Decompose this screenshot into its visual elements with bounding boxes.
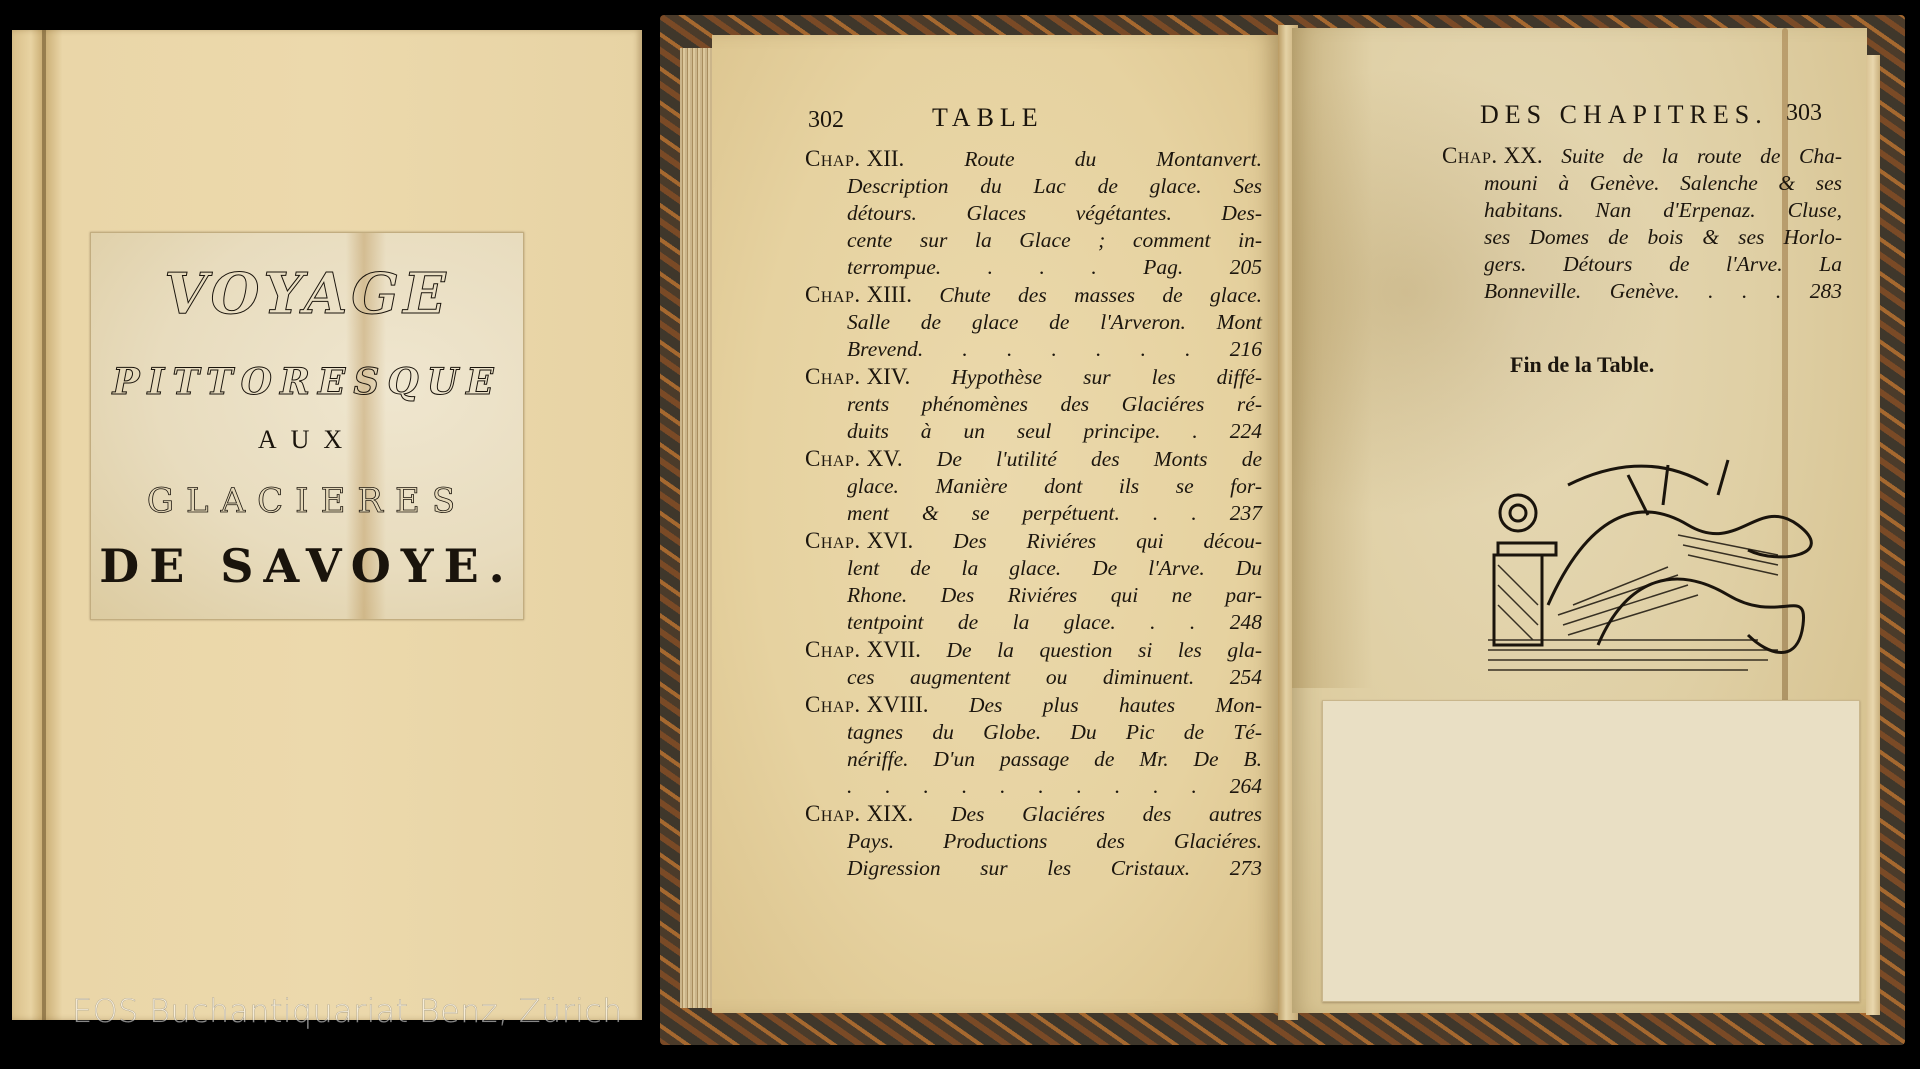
toc-entry-xiii: Chap.XIII. Chute des masses de glace. Sa… [805, 281, 1262, 363]
table-of-contents: Chap.XII. Route du Montanvert. Descripti… [805, 145, 1262, 882]
toc-entry-xix: Chap.XIX. Des Glaciéres des autres Pays.… [805, 800, 1262, 882]
blank-pasted-slip [1322, 700, 1860, 1002]
toc-entry-xii: Chap.XII. Route du Montanvert. Descripti… [805, 145, 1262, 281]
page-number: 302 [808, 107, 844, 134]
title-line-glacieres: GLACIERES [91, 481, 523, 521]
title-line-aux: AUX [91, 425, 523, 455]
page-number: 303 [1786, 100, 1822, 127]
page-edges-right [1866, 55, 1880, 1015]
toc-entry-xx: Chap.XX. Suite de la route de Cha- mouni… [1442, 142, 1842, 305]
running-head: DES CHAPITRES. [1480, 100, 1768, 130]
cover-spine-fold [42, 30, 46, 1020]
toc-entry-xvii: Chap.XVII. De la question si les gla- ce… [805, 636, 1262, 691]
woodcut-ornament-icon [1478, 455, 1818, 683]
toc-entry-xviii: Chap.XVIII. Des plus hautes Mon- tagnes … [805, 691, 1262, 800]
toc-entry-xiv: Chap.XIV. Hypothèse sur les diffé- rents… [805, 363, 1262, 445]
book-cover-front: VOYAGE PITTORESQUE AUX GLACIERES DE SAVO… [12, 30, 642, 1020]
running-head: TABLE [932, 103, 1044, 133]
toc-entry-xvi: Chap.XVI. Des Riviéres qui décou- lent d… [805, 527, 1262, 636]
page-302: 302 TABLE Chap.XII. Route du Montanvert.… [712, 35, 1280, 1013]
watermark: EOS Buchantiquariat Benz, Zürich [72, 992, 623, 1030]
title-line-pittoresque: PITTORESQUE [91, 361, 523, 403]
title-line-voyage: VOYAGE [91, 261, 523, 327]
title-line-de-savoye: DE SAVOYE. [91, 539, 523, 593]
table-of-contents-continued: Chap.XX. Suite de la route de Cha- mouni… [1442, 142, 1842, 305]
title-label: VOYAGE PITTORESQUE AUX GLACIERES DE SAVO… [90, 232, 524, 620]
toc-entry-xv: Chap.XV. De l'utilité des Monts de glace… [805, 445, 1262, 527]
closing-text: Fin de la Table. [1510, 352, 1654, 378]
